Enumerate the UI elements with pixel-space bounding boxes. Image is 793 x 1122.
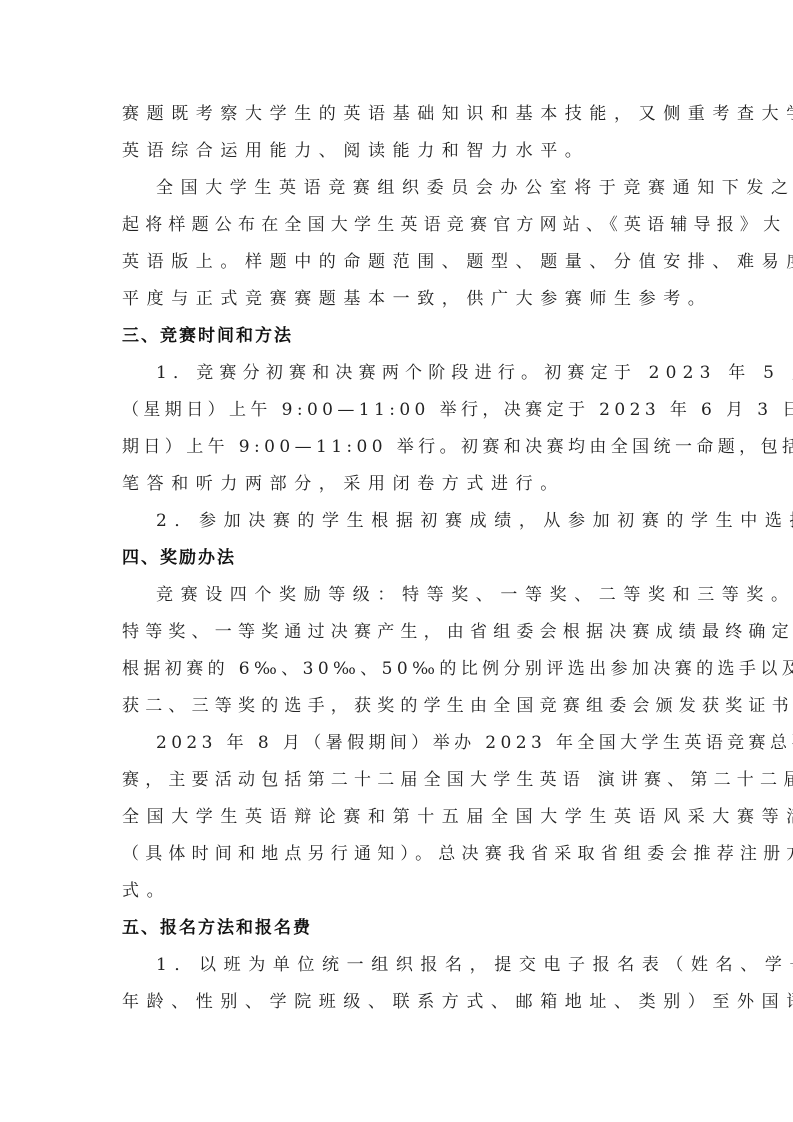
paragraph-line: 全国大学生英语竞赛组织委员会办公室将于竞赛通知下发之日 bbox=[122, 170, 674, 207]
paragraph-line: 2．参加决赛的学生根据初赛成绩，从参加初赛的学生中选拔。 bbox=[122, 503, 674, 540]
paragraph-line: 平度与正式竞赛赛题基本一致，供广大参赛师生参考。 bbox=[122, 281, 674, 318]
paragraph-line: 英语综合运用能力、阅读能力和智力水平。 bbox=[122, 133, 674, 170]
paragraph-line: 起将样题公布在全国大学生英语竞赛官方网站、《英语辅导报》大 学 bbox=[122, 207, 674, 244]
paragraph-line: 年龄、性别、学院班级、联系方式、邮箱地址、类别）至外国语学院 bbox=[122, 984, 674, 1021]
paragraph-line: （具体时间和地点另行通知）。总决赛我省采取省组委会推荐注册方 bbox=[122, 836, 674, 873]
section-heading-4: 四、奖励办法 bbox=[122, 540, 674, 577]
document-page: 赛题既考察大学生的英语基础知识和基本技能，又侧重考查大学生的 英语综合运用能力、… bbox=[122, 96, 674, 1021]
paragraph-line: 式。 bbox=[122, 873, 674, 910]
paragraph-line: 根据初赛的 6‰、30‰、50‰的比例分别评选出参加决赛的选手以及 bbox=[122, 651, 674, 688]
paragraph-line: 1．以班为单位统一组织报名，提交电子报名表（姓名、学号、 bbox=[122, 947, 674, 984]
paragraph-line: 赛，主要活动包括第二十二届全国大学生英语 演讲赛、第二十二届 bbox=[122, 762, 674, 799]
paragraph-line: 特等奖、一等奖通过决赛产生，由省组委会根据决赛成绩最终确定）。 bbox=[122, 614, 674, 651]
paragraph-line: 获二、三等奖的选手，获奖的学生由全国竞赛组委会颁发获奖证书。 bbox=[122, 688, 674, 725]
paragraph-line: 期日）上午 9:00—11:00 举行。初赛和决赛均由全国统一命题，包括 bbox=[122, 429, 674, 466]
paragraph-line: 竞赛设四个奖励等级：特等奖、一等奖、二等奖和三等奖。（注： bbox=[122, 577, 674, 614]
paragraph-line: 全国大学生英语辩论赛和第十五届全国大学生英语风采大赛等活动 bbox=[122, 799, 674, 836]
paragraph-line: 英语版上。样题中的命题范围、题型、题量、分值安排、难易度及水 bbox=[122, 244, 674, 281]
paragraph-line: （星期日）上午 9:00—11:00 举行，决赛定于 2023 年 6 月 3 … bbox=[122, 392, 674, 429]
paragraph-line: 笔答和听力两部分，采用闭卷方式进行。 bbox=[122, 466, 674, 503]
paragraph-line: 赛题既考察大学生的英语基础知识和基本技能，又侧重考查大学生的 bbox=[122, 96, 674, 133]
section-heading-5: 五、报名方法和报名费 bbox=[122, 910, 674, 947]
paragraph-line: 1．竞赛分初赛和决赛两个阶段进行。初赛定于 2023 年 5 月 7 日 bbox=[122, 355, 674, 392]
section-heading-3: 三、竞赛时间和方法 bbox=[122, 318, 674, 355]
paragraph-line: 2023 年 8 月（暑假期间）举办 2023 年全国大学生英语竞赛总决 bbox=[122, 725, 674, 762]
